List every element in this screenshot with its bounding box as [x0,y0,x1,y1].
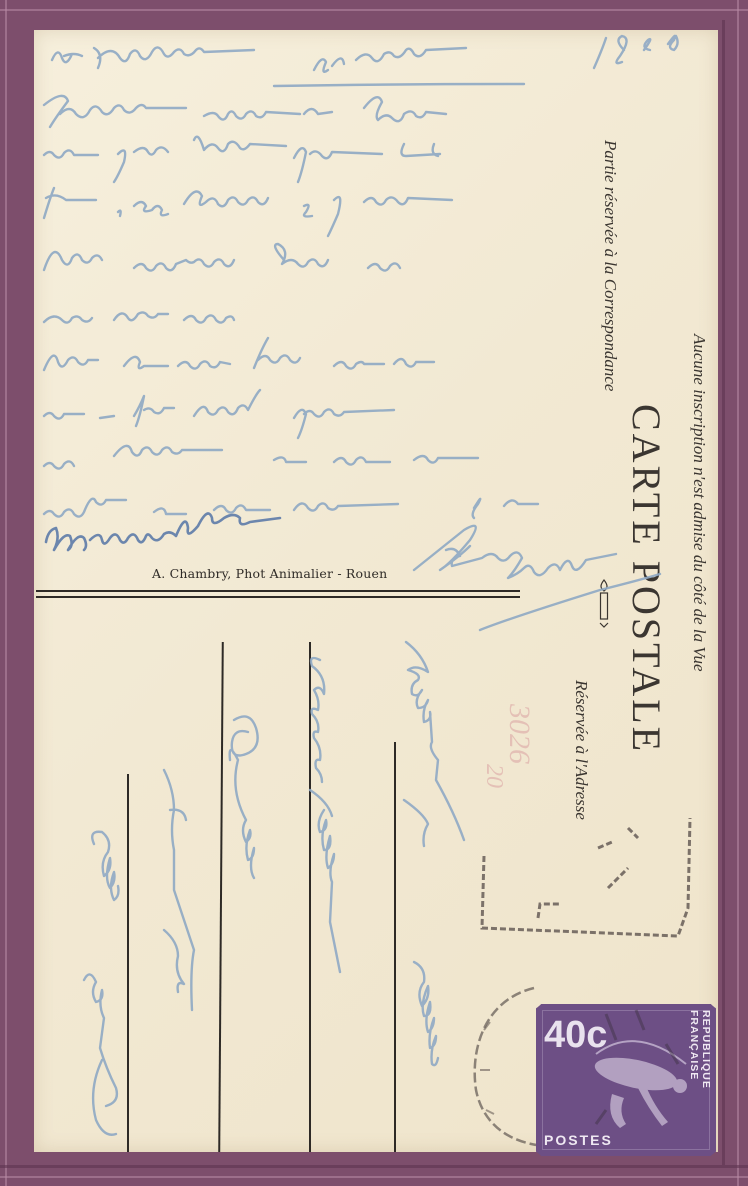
postage-stamp: 40c POSTES REPUBLIQUE FRANÇAISE [536,1004,716,1156]
mat-inner-edge-left [5,0,7,1186]
postcard: Partie réservée à la Correspondance Aucu… [34,30,718,1152]
dateline-handwriting [52,36,678,86]
mat-inner-edge-bottom [0,1176,748,1178]
signature-mauricette [46,514,280,551]
signature-adult [414,526,660,630]
mat-inner-edge-top [0,9,748,11]
mat-inner-edge-right [737,0,739,1186]
handwritten-message [34,30,718,1152]
mat-shadow-right [722,20,725,1165]
mat-shadow-bottom [0,1165,748,1168]
stamp-cancel-lines [536,1004,716,1156]
postmark-rectangular [478,808,694,942]
address-handwriting [84,642,464,1135]
message-lines-handwriting [44,96,538,518]
